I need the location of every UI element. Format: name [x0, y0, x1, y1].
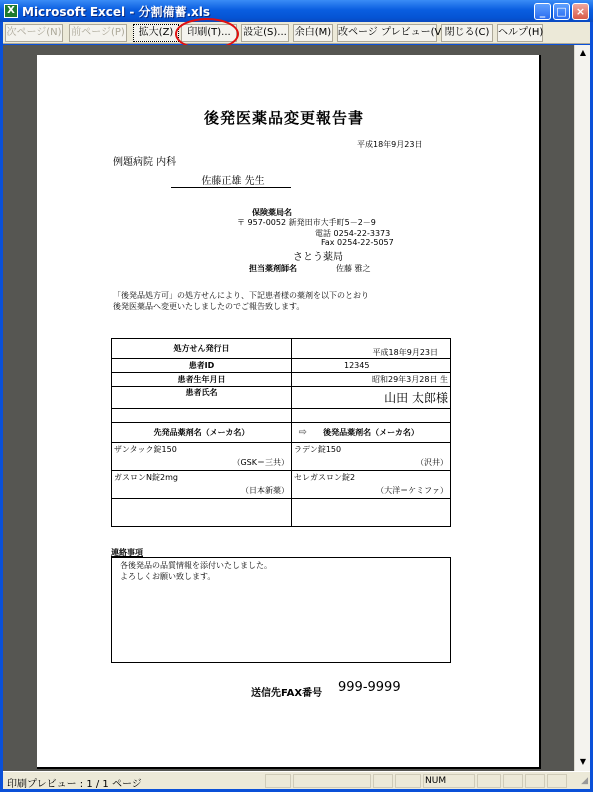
value-cell: 平成18年9月23日 [292, 339, 451, 359]
status-bar: 印刷プレビュー : 1 / 1 ページ NUM ◢ [3, 771, 590, 789]
table-row: 先発品薬剤名（メーカ名）⇨ 後発品薬剤名（メーカ名） [112, 423, 451, 443]
original-drug-maker: （GSK＝三共） [114, 456, 289, 469]
drug-row: ガスロンN錠2mg（日本新薬） セレガスロン錠2（大洋＝ケミファ） [112, 471, 451, 499]
intro-line-2: 後発医薬品へ変更いたしましたのでご報告致します。 [113, 301, 304, 312]
info-table: 処方せん発行日平成18年9月23日 患者ID12345 患者生年月日昭和29年3… [111, 338, 451, 527]
label-cell: 患者ID [112, 359, 292, 373]
memo-box: 各後発品の品質情報を添付いたしました。 よろしくお願い致します。 [111, 557, 451, 663]
maximize-button[interactable]: □ [553, 3, 570, 20]
table-row: 患者生年月日昭和29年3月28日 生 [112, 373, 451, 387]
generic-drug-maker: （沢井） [294, 456, 448, 469]
value-cell: 昭和29年3月28日 生 [292, 373, 451, 387]
label-cell: 患者生年月日 [112, 373, 292, 387]
close-button[interactable]: × [572, 3, 589, 20]
intro-line-1: 「後発品処方可」の処方せんにより、下記患者様の薬剤を以下のとおり [113, 290, 369, 301]
preview-toolbar: 次ページ(N) 前ページ(P) 拡大(Z) 印刷(T)... 設定(S)... … [3, 22, 590, 44]
original-drug-name: ザンタック錠150 [114, 443, 289, 456]
generic-drug-maker: （大洋＝ケミファ） [294, 484, 448, 497]
vertical-scrollbar[interactable]: ▲ ▼ [574, 45, 590, 771]
generic-drug-name: ラデン錠150 [294, 443, 448, 456]
window-title: Microsoft Excel - 分割備蓄.xls [22, 3, 210, 20]
title-bar: X Microsoft Excel - 分割備蓄.xls _ □ × [0, 0, 593, 22]
status-text: 印刷プレビュー : 1 / 1 ページ [7, 775, 142, 790]
fax-label: 送信先FAX番号 [251, 684, 322, 699]
prev-page-button[interactable]: 前ページ(P) [69, 24, 127, 42]
memo-line-2: よろしくお願い致します。 [120, 571, 442, 582]
scroll-up-icon[interactable]: ▲ [576, 46, 590, 60]
setup-button[interactable]: 設定(S)... [241, 24, 289, 42]
scroll-down-icon[interactable]: ▼ [576, 755, 590, 769]
print-page: 後発医薬品変更報告書 平成18年9月23日 例題病院 内科 佐藤正雄 先生 保険… [37, 55, 541, 769]
table-row: 処方せん発行日平成18年9月23日 [112, 339, 451, 359]
resize-grip-icon[interactable]: ◢ [581, 776, 588, 786]
value-cell: 12345 [292, 359, 451, 373]
excel-icon: X [4, 4, 18, 18]
document-title: 後発医薬品変更報告書 [204, 107, 364, 128]
close-preview-button[interactable]: 閉じる(C) [441, 24, 493, 42]
help-button[interactable]: ヘルプ(H) [497, 24, 543, 42]
drug-row: ザンタック錠150（GSK＝三共） ラデン錠150（沢井） [112, 443, 451, 471]
generic-drug-header: 後発品薬剤名（メーカ名） [292, 423, 451, 443]
fax-number: 999-9999 [338, 680, 401, 695]
zoom-button[interactable]: 拡大(Z) [133, 24, 179, 42]
arrow-right-icon: ⇨ [299, 427, 307, 438]
table-row: 患者ID12345 [112, 359, 451, 373]
report-date: 平成18年9月23日 [357, 139, 422, 150]
original-drug-maker: （日本新薬） [114, 484, 289, 497]
minimize-button[interactable]: _ [534, 3, 551, 20]
next-page-button[interactable]: 次ページ(N) [5, 24, 63, 42]
table-row [112, 409, 451, 423]
pharmacy-name: さとう薬局 [293, 248, 343, 263]
pharmacist-label: 担当薬剤師名 [249, 263, 297, 274]
pharmacist-name: 佐藤 雅之 [336, 263, 371, 274]
pharmacy-fax: Fax 0254-22-5057 [321, 238, 394, 247]
table-row: 患者氏名山田 太郎様 [112, 387, 451, 409]
pharmacy-address: 〒 957-0052 新発田市大手町5－2－9 [237, 217, 376, 228]
original-drug-header: 先発品薬剤名（メーカ名）⇨ [112, 423, 292, 443]
page-break-preview-button[interactable]: 改ページ プレビュー(V) [337, 24, 437, 42]
generic-drug-name: セレガスロン錠2 [294, 471, 448, 484]
label-cell: 患者氏名 [112, 387, 292, 409]
num-lock-indicator: NUM [423, 774, 475, 788]
excel-window: X Microsoft Excel - 分割備蓄.xls _ □ × 次ページ(… [0, 0, 593, 792]
memo-line-1: 各後発品の品質情報を添付いたしました。 [120, 560, 442, 571]
label-cell: 処方せん発行日 [112, 339, 292, 359]
margins-button[interactable]: 余白(M) [293, 24, 333, 42]
original-drug-name: ガスロンN錠2mg [114, 471, 289, 484]
doctor-name: 佐藤正雄 先生 [171, 172, 291, 188]
hospital-name: 例題病院 内科 [113, 153, 176, 168]
value-cell: 山田 太郎様 [292, 387, 451, 409]
drug-row [112, 499, 451, 527]
